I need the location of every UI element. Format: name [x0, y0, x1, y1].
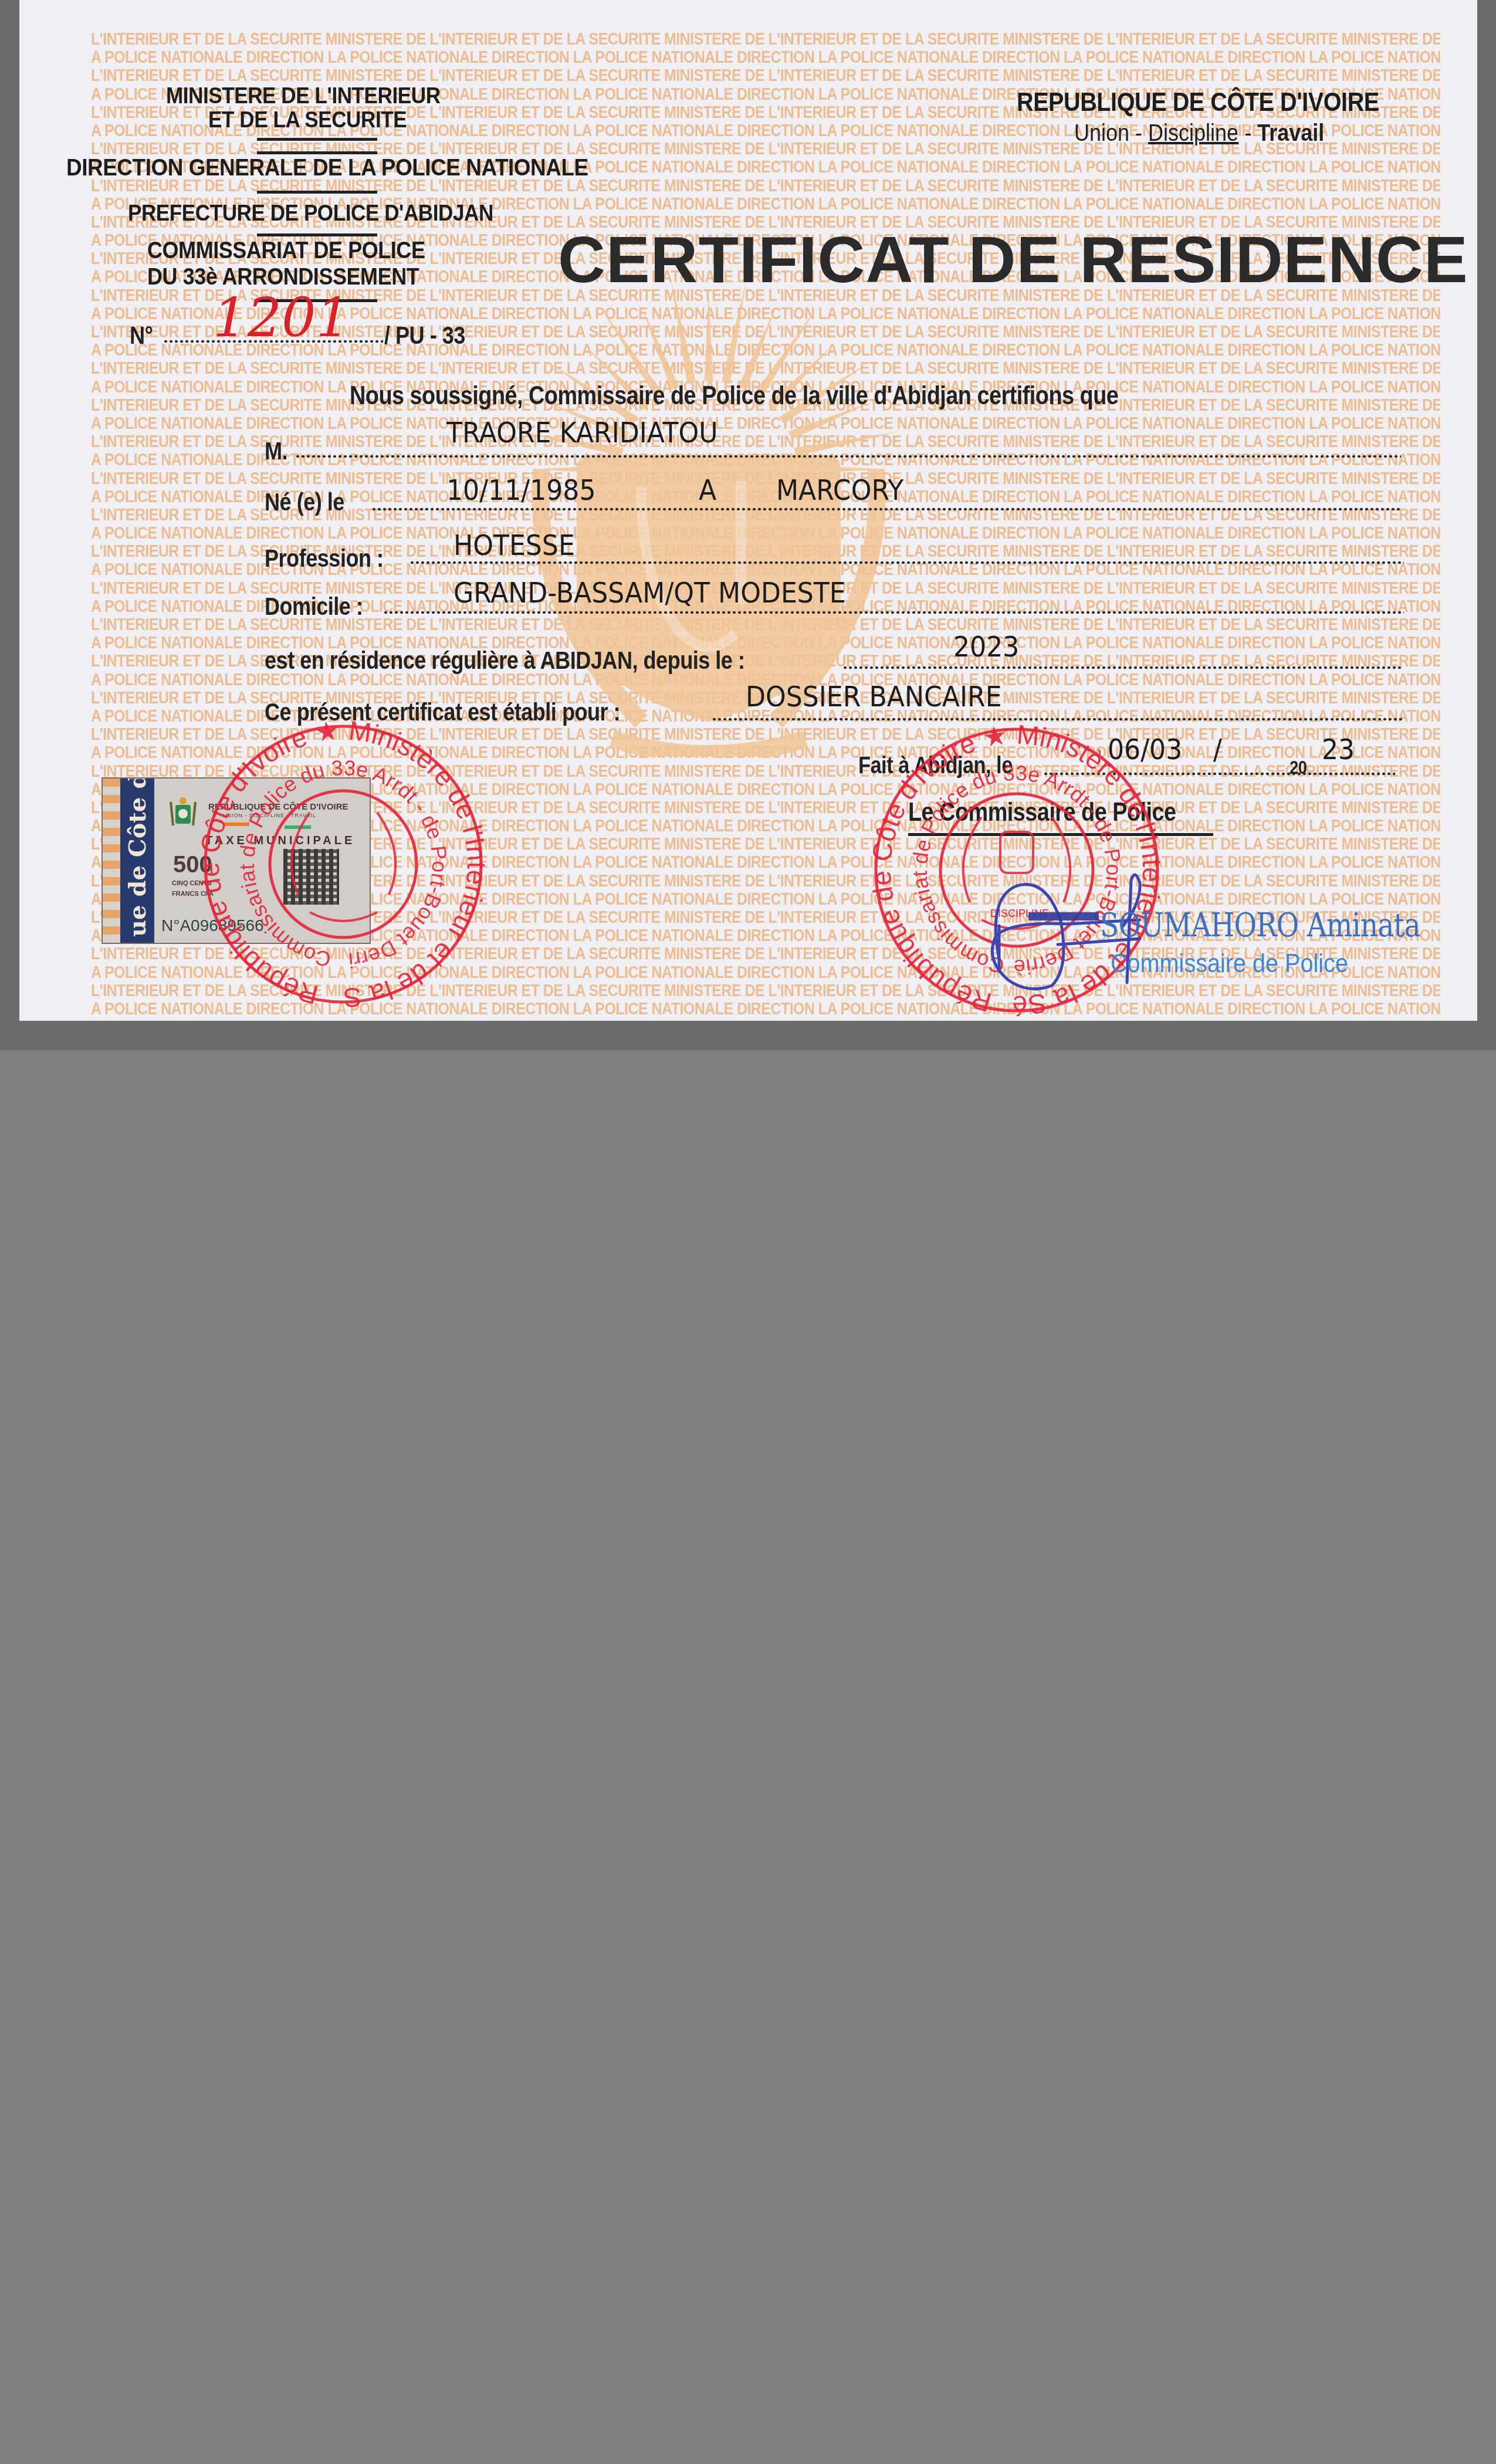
number-suffix: / PU - 33 [384, 321, 465, 350]
profession-value: HOTESSE [453, 529, 575, 562]
header-rule [257, 233, 377, 236]
birth-place-value: MARCORY [776, 474, 903, 507]
purpose-value: DOSSIER BANCAIRE [746, 681, 1002, 713]
watermark-line: A POLICE NATIONALE DIRECTION LA POLICE N… [91, 49, 1440, 67]
tax-stamp-band-text: ue de Côte d'Ivo [124, 777, 151, 937]
birth-label: Né (e) le [265, 488, 344, 516]
motto-separator: - [1244, 120, 1251, 146]
republic-title: REPUBLIQUE DE CÔTE D'IVOIRE [1017, 88, 1379, 117]
name-value: TRAORE KARIDIATOU [446, 417, 718, 449]
birth-date-value: 10/11/1985 [446, 474, 596, 507]
commissariat-line-1: COMMISSARIAT DE POLICE [147, 238, 425, 264]
ministry-line-2: ET DE LA SECURITE [208, 107, 407, 133]
motto-separator: - [1135, 120, 1142, 146]
certificate-paper: L'INTERIEUR ET DE LA SECURITE MINISTERE … [19, 0, 1477, 1021]
watermark-line: L'INTERIEUR ET DE LA SECURITE MINISTERE … [91, 31, 1440, 49]
motto-union: Union [1074, 120, 1129, 146]
domicile-dotted-line [383, 610, 1404, 615]
motto-travail: Travail [1257, 120, 1324, 146]
number-label: N° [130, 321, 153, 350]
coat-of-arms-icon [167, 796, 199, 834]
date-century: 20 [1289, 757, 1307, 779]
national-motto: Union - Discipline - Travail [1074, 120, 1324, 147]
name-dotted-line [295, 454, 1401, 459]
name-label: M. [265, 437, 287, 465]
birth-at: A [699, 474, 716, 507]
direction-generale: DIRECTION GENERALE DE LA POLICE NATIONAL… [66, 154, 588, 181]
profession-dotted-line [409, 560, 1404, 565]
birth-dotted-line [371, 507, 1401, 512]
residence-dotted-line [842, 665, 1403, 670]
motto-discipline: Discipline [1148, 120, 1238, 146]
header-rule [257, 138, 377, 141]
header-rule [257, 191, 377, 194]
document-title: CERTIFICAT DE RESIDENCE [558, 222, 1468, 297]
prefecture: PREFECTURE DE POLICE D'ABIDJAN [128, 201, 493, 226]
profession-label: Profession : [265, 544, 384, 573]
date-slash: / [1213, 733, 1222, 766]
tax-stamp-edge [103, 779, 120, 943]
residence-label: est en résidence régulière à ABIDJAN, de… [265, 647, 744, 675]
police-seal-left: République de Côte d'Ivoire ★ Ministère … [198, 719, 489, 1012]
domicile-label: Domicile : [265, 593, 363, 621]
signatory-name-stamp: SOUMAHORO Aminata [1100, 906, 1420, 945]
certificate-number-handwritten: 1201 [213, 286, 350, 349]
signatory-title-stamp: Commissaire de Police [1111, 949, 1348, 979]
watermark-line: L'INTERIEUR ET DE LA SECURITE MINISTERE … [91, 67, 1440, 85]
tax-stamp-band: ue de Côte d'Ivo [120, 779, 154, 943]
ministry-line-1: MINISTERE DE L'INTERIEUR [166, 83, 441, 109]
domicile-value: GRAND-BASSAM/QT MODESTE [453, 577, 846, 610]
intro-text: Nous soussigné, Commissaire de Police de… [350, 381, 1118, 411]
date-year: 23 [1322, 733, 1355, 766]
residence-since-value: 2023 [953, 631, 1019, 664]
